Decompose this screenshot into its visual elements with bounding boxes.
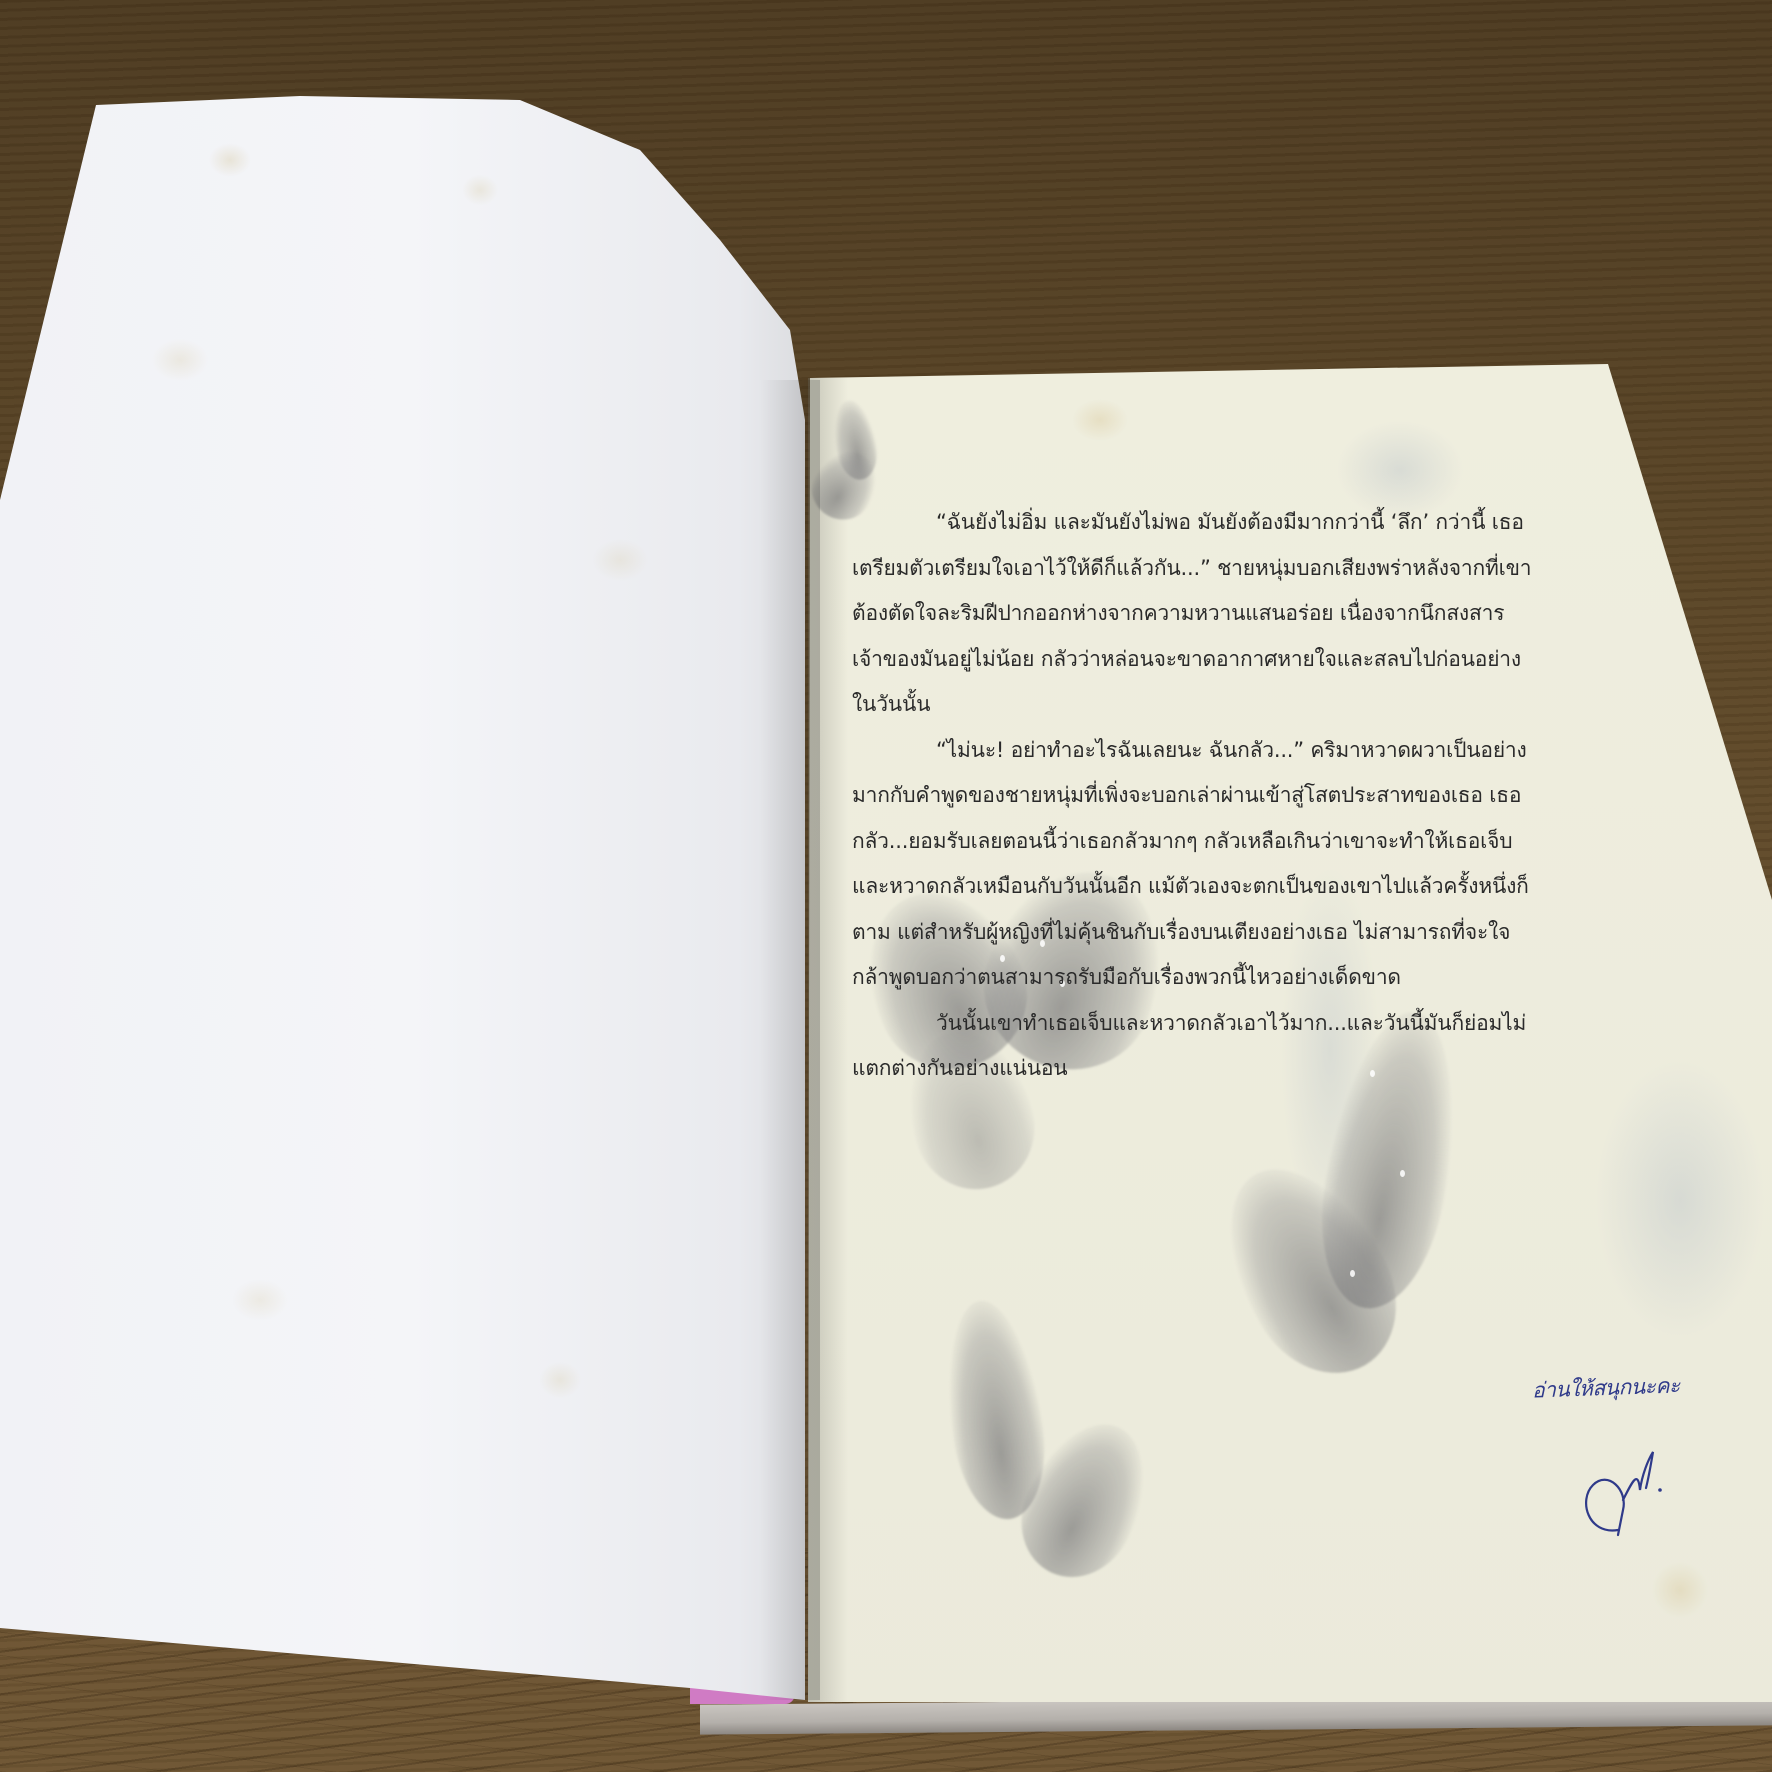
paragraph-1: “ฉันยังไม่อิ่ม และมันยังไม่พอ มันยังต้อง… xyxy=(852,500,1622,728)
text-line: แตกต่างกันอย่างแน่นอน xyxy=(852,1046,1622,1092)
text-line: มากกับคำพูดของชายหนุ่มที่เพิ่งจะบอกเล่าผ… xyxy=(852,773,1622,819)
left-page-blank xyxy=(0,0,820,1772)
text-line: “ไม่นะ! อย่าทำอะไรฉันเลยนะ ฉันกลัว...” ค… xyxy=(852,728,1622,774)
text-line: วันนั้นเขาทำเธอเจ็บและหวาดกลัวเอาไว้มาก.… xyxy=(852,1001,1622,1047)
novel-text: “ฉันยังไม่อิ่ม และมันยังไม่พอ มันยังต้อง… xyxy=(852,500,1622,1092)
text-line: ตาม แต่สำหรับผู้หญิงที่ไม่คุ้นชินกับเรื่… xyxy=(852,910,1622,956)
text-line: กล้าพูดบอกว่าตนสามารถรับมือกับเรื่องพวกน… xyxy=(852,955,1622,1001)
text-line: “ฉันยังไม่อิ่ม และมันยังไม่พอ มันยังต้อง… xyxy=(852,500,1622,546)
text-line: และหวาดกลัวเหมือนกับวันนั้นอีก แม้ตัวเอง… xyxy=(852,864,1622,910)
text-line: ต้องตัดใจละริมฝีปากออกห่างจากความหวานแสน… xyxy=(852,591,1622,637)
handwritten-inscription: อ่านให้สนุกนะคะ xyxy=(1531,1369,1680,1407)
paragraph-3: วันนั้นเขาทำเธอเจ็บและหวาดกลัวเอาไว้มาก.… xyxy=(852,1001,1622,1092)
text-line: เตรียมตัวเตรียมใจเอาไว้ให้ดีก็แล้วกัน...… xyxy=(852,546,1622,592)
signature-icon xyxy=(1578,1440,1688,1540)
text-line: กลัว...ยอมรับเลยตอนนี้ว่าเธอกลัวมากๆ กลั… xyxy=(852,819,1622,865)
text-line: ในวันนั้น xyxy=(852,682,1622,728)
left-page-curl-shadow xyxy=(760,380,820,1700)
paragraph-2: “ไม่นะ! อย่าทำอะไรฉันเลยนะ ฉันกลัว...” ค… xyxy=(852,728,1622,1001)
text-line: เจ้าของมันอยู่ไม่น้อย กลัวว่าหล่อนจะขาดอ… xyxy=(852,637,1622,683)
